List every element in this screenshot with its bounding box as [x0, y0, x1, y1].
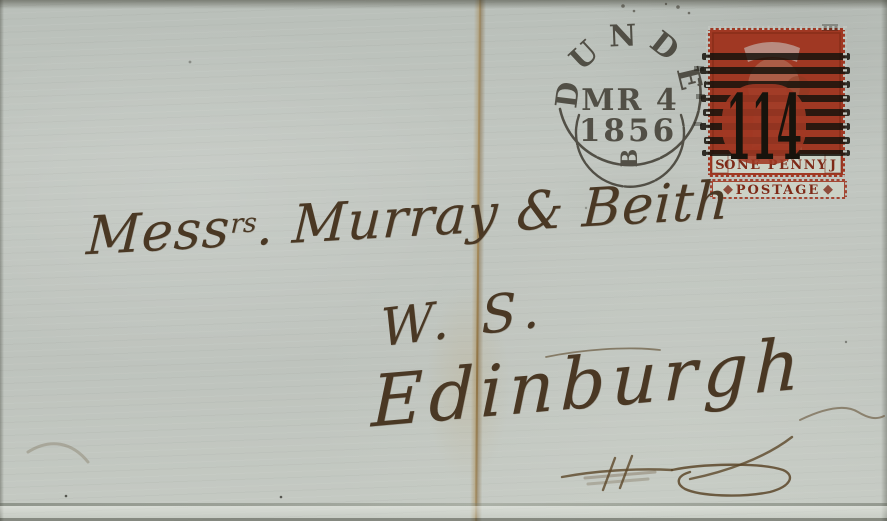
bottom-fold-flap — [0, 506, 887, 518]
fold-crease-core — [475, 0, 481, 521]
envelope-left-edge — [0, 0, 4, 521]
envelope-top-edge — [0, 0, 887, 9]
envelope-right-edge — [881, 0, 887, 521]
address-prefix: Mess — [85, 198, 232, 267]
dundee-datestamp: DUNDEE MR 4 1856 B — [548, 0, 718, 200]
check-letter-right: J — [829, 158, 836, 173]
cds-year: 1856 — [579, 113, 677, 149]
cover-photo: DUNDEE MR 4 1856 B S ONE PENNY — [0, 0, 887, 521]
cds-index-letter: B — [617, 149, 643, 168]
postage-text: POSTAGE — [736, 183, 821, 198]
ink-specks — [621, 3, 690, 14]
address-prefix-superscript: rs — [230, 207, 258, 240]
cancel-numeral: 114 — [726, 75, 802, 181]
